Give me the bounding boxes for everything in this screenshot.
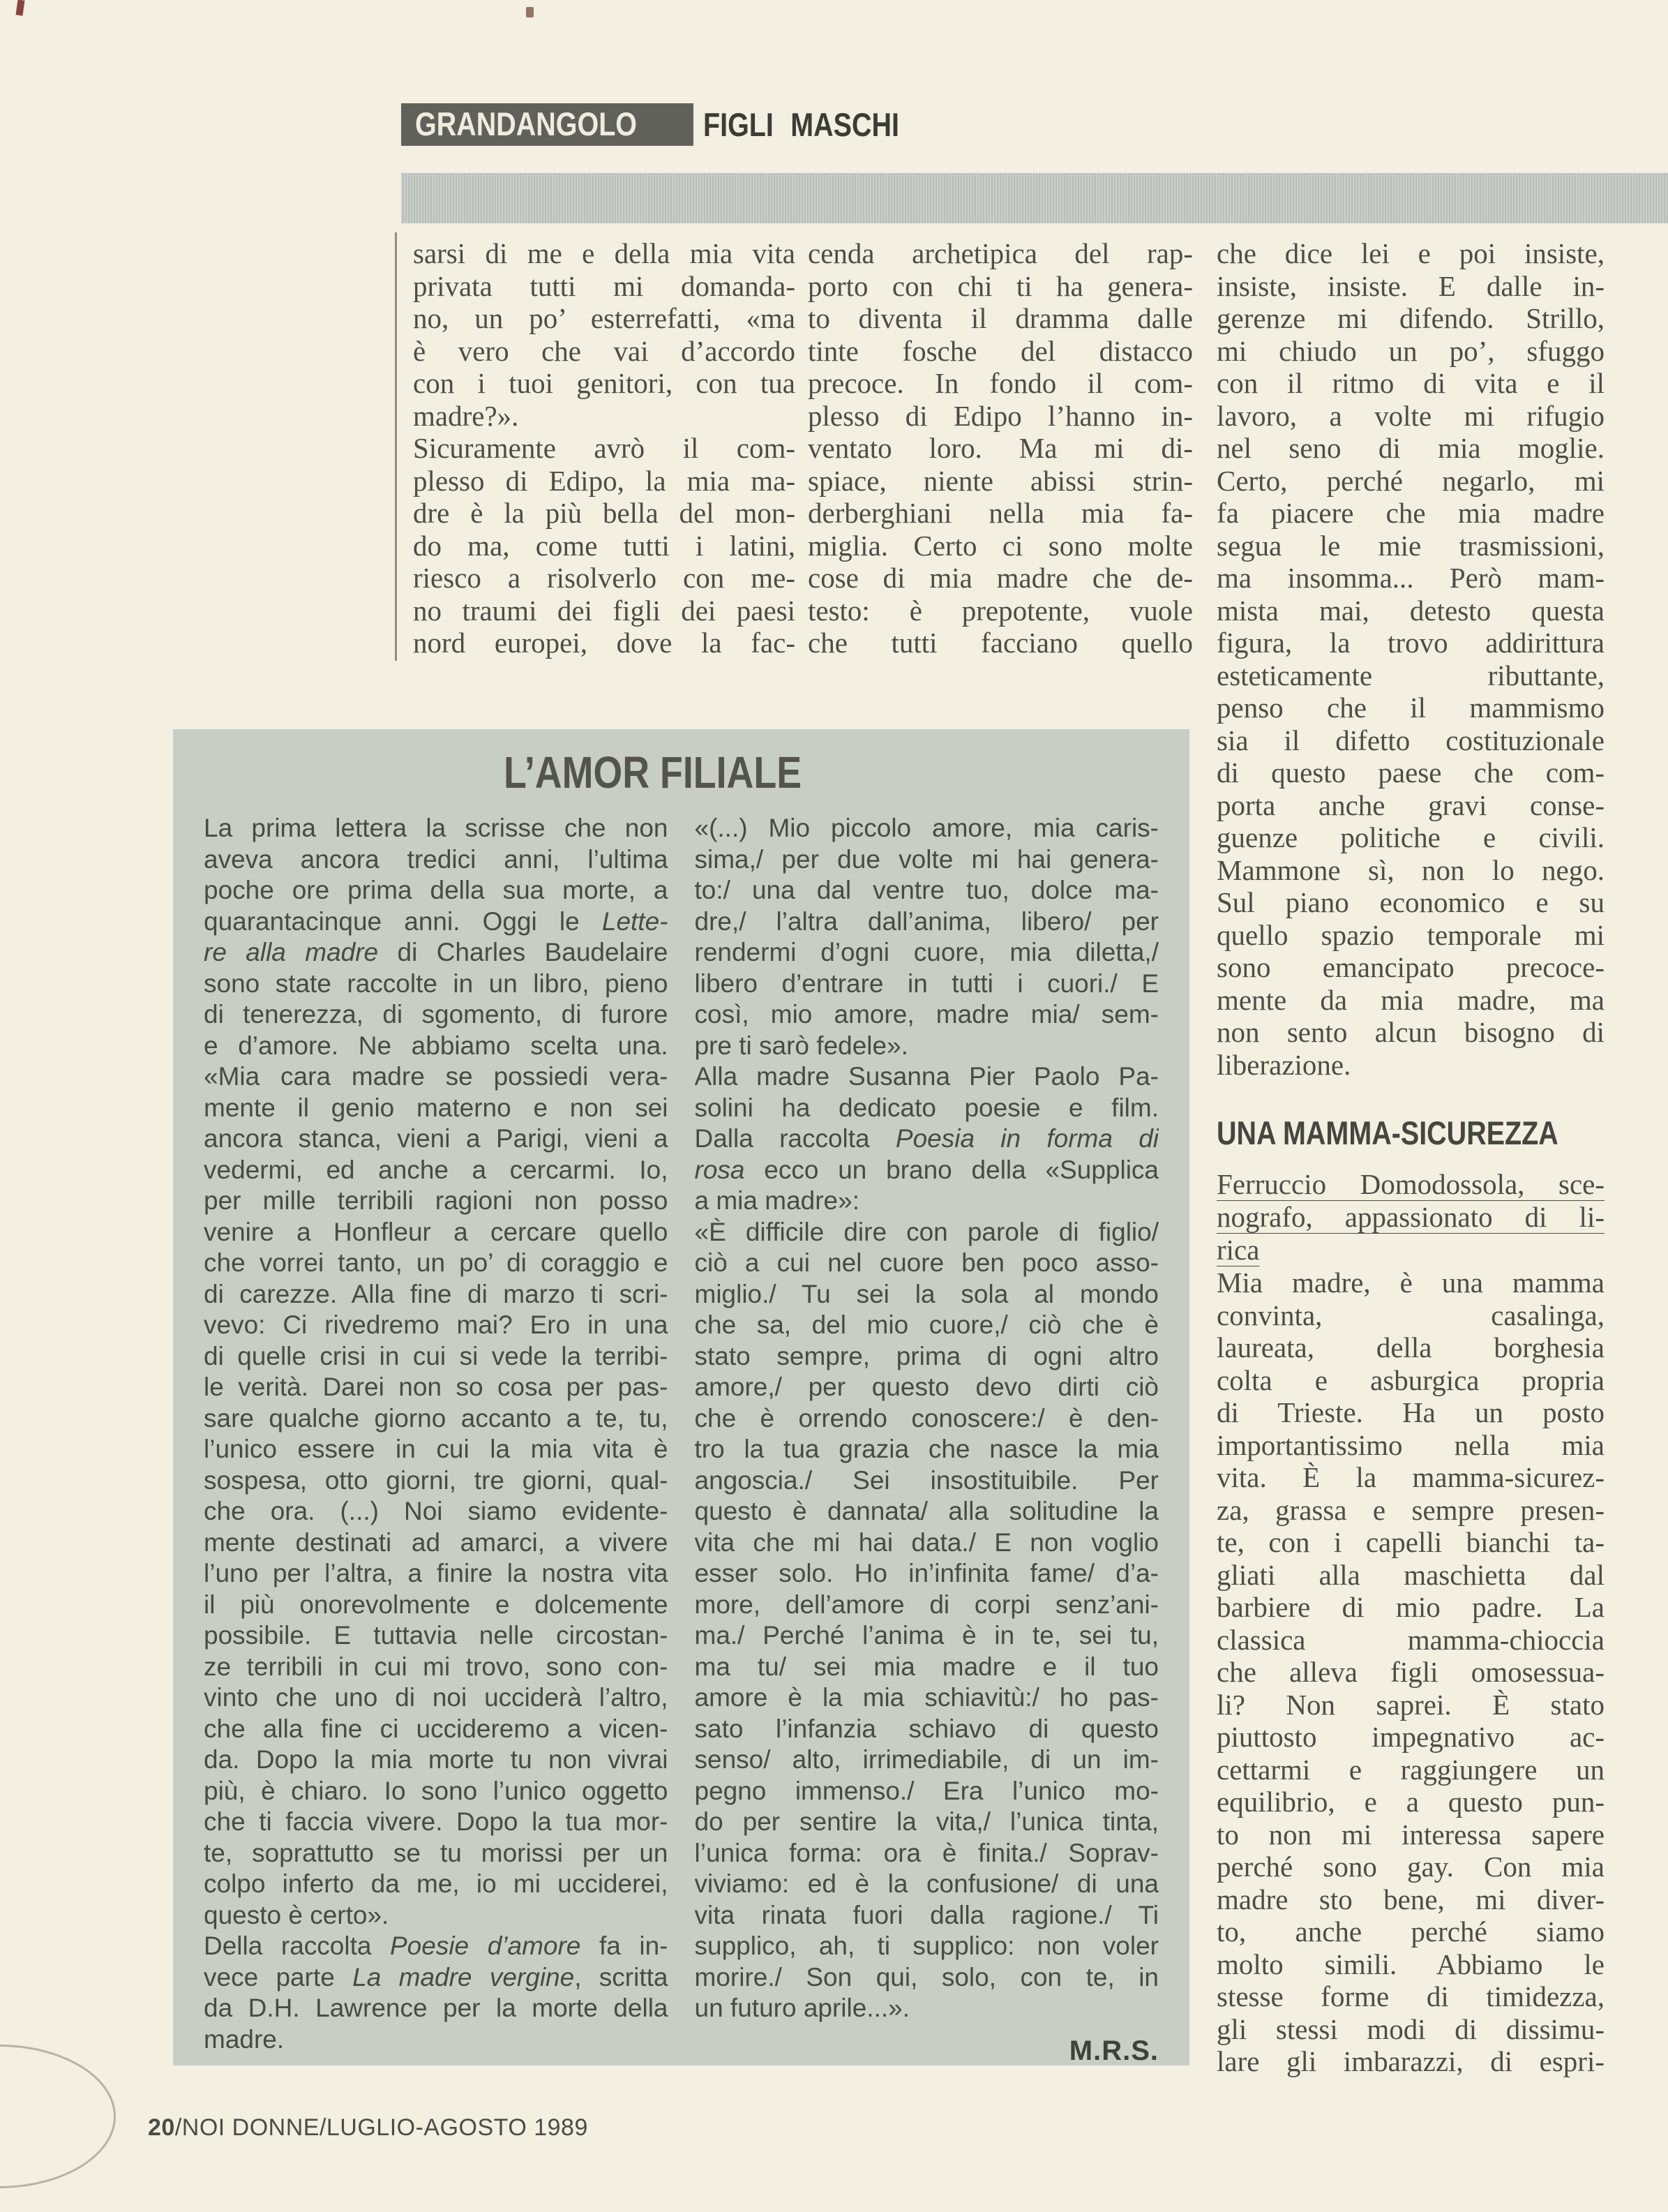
text-line: molto simili. Abbiamo le [1217, 1948, 1605, 1981]
text-line: poche ore prima della sua morte, a [204, 875, 668, 906]
text-line: mente il genio materno e non sei [204, 1093, 668, 1124]
text-line: amore è la mia schiavitù:/ ho pas- [695, 1682, 1159, 1714]
text-line: ma insomma... Però mam- [1217, 562, 1605, 595]
text-line: nord europei, dove la fac- [413, 627, 795, 659]
text-line: ze terribili in cui mi trovo, sono con- [204, 1652, 668, 1683]
text-line: nografo, appassionato di li- [1217, 1201, 1605, 1234]
text-line: do ma, come tutti i latini, [413, 530, 795, 562]
text-line: più, è chiaro. Io sono l’unico oggetto [204, 1776, 668, 1807]
text-line: non sento alcun bisogno di [1217, 1016, 1605, 1049]
text-line: a mia madre»: [695, 1186, 1159, 1217]
text-line: miglia. Certo ci sono molte [808, 530, 1193, 562]
text-line: sima,/ per due volte mi hai genera- [695, 844, 1159, 876]
text-line: spiace, niente abissi strin- [808, 465, 1193, 498]
byline: Ferruccio Domodossola, sce-nografo, appa… [1217, 1168, 1605, 1266]
text-line: vita rinata fuori dalla ragione./ Ti [695, 1900, 1159, 1931]
text-line: venire a Honfleur a cercare quello [204, 1217, 668, 1248]
text-line: barbiere di mio padre. La [1217, 1591, 1605, 1624]
text-line: l’unico essere in cui la mia vita è [204, 1434, 668, 1465]
text-line: te, soprattutto se tu morissi per un [204, 1838, 668, 1869]
feature-box-column-right: «(...) Mio piccolo amore, mia caris-sima… [695, 813, 1159, 2066]
text-line: Sul piano economico e su [1217, 886, 1605, 919]
text-line: colta e asburgica propria [1217, 1364, 1605, 1397]
text-line: Della raccolta Poesie d’amore fa in- [204, 1931, 668, 1962]
text-line: di Trieste. Ha un posto [1217, 1396, 1605, 1429]
text-line: re alla madre di Charles Baudelaire [204, 937, 668, 969]
text-line: questo è dannata/ alla solitudine la [695, 1496, 1159, 1527]
text-line: morire./ Son qui, solo, con te, in [695, 1962, 1159, 1994]
scan-artifact-speck [526, 7, 534, 17]
text-line: sia il difetto costituzionale [1217, 724, 1605, 757]
text-line: e d’amore. Ne abbiamo scelta una. [204, 1031, 668, 1062]
text-line: te, con i capelli bianchi ta- [1217, 1526, 1605, 1559]
text-line: con i tuoi genitori, con tua [413, 367, 795, 400]
text-line: aveva ancora tredici anni, l’ultima [204, 844, 668, 876]
text-line: derberghiani nella mia fa- [808, 497, 1193, 530]
text-line: madre sto bene, mi diver- [1217, 1883, 1605, 1916]
text-line: mista mai, detesto questa [1217, 595, 1605, 627]
text-line: classica mamma-chioccia [1217, 1624, 1605, 1657]
text-line: con il ritmo di vita e il [1217, 367, 1605, 400]
text-line: vece parte La madre vergine, scritta [204, 1962, 668, 1994]
text-line: ciò a cui nel cuore ben poco asso- [695, 1248, 1159, 1279]
text-line: plesso di Edipo l’hanno in- [808, 400, 1193, 433]
text-line: equilibrio, e a questo pun- [1217, 1786, 1605, 1818]
text-line: madre?». [413, 400, 795, 433]
text-line: rica [1217, 1234, 1605, 1266]
text-line: perché sono gay. Con mia [1217, 1851, 1605, 1883]
text-line: ma tu/ sei mia madre e il tuo [695, 1652, 1159, 1683]
text-line: dre è la più bella del mon- [413, 497, 795, 530]
feature-box-column-right-text: «(...) Mio piccolo amore, mia caris-sima… [695, 813, 1159, 2024]
text-line: Certo, perché negarlo, mi [1217, 465, 1605, 498]
text-line: to:/ una dal ventre tuo, dolce ma- [695, 875, 1159, 906]
text-line: sato l’infanzia schiavo di questo [695, 1714, 1159, 1745]
text-line: Sicuramente avrò il com- [413, 432, 795, 465]
text-line: tinte fosche del distacco [808, 335, 1193, 368]
text-line: insiste, insiste. E dalle in- [1217, 270, 1605, 303]
text-line: il più onorevolmente e dolcemente [204, 1590, 668, 1621]
text-line: gliati alla maschietta dal [1217, 1559, 1605, 1592]
text-line: riesco a risolverlo con me- [413, 562, 795, 595]
text-line: gli stessi modi di dissimu- [1217, 2013, 1605, 2046]
text-line: porto con chi ti ha genera- [808, 270, 1193, 303]
text-line: che ti faccia vivere. Dopo la tua mor- [204, 1807, 668, 1838]
text-line: more, dell’amore di corpi senz’ani- [695, 1590, 1159, 1621]
footer-publication: /NOI DONNE/LUGLIO-AGOSTO 1989 [175, 2114, 588, 2141]
text-line: mi chiudo un po’, sfuggo [1217, 335, 1605, 368]
text-line: quello spazio temporale mi [1217, 919, 1605, 952]
text-line: di questo paese che com- [1217, 756, 1605, 789]
text-line: testo: è prepotente, vuole [808, 595, 1193, 627]
text-line: lare gli imbarazzi, di espri- [1217, 2045, 1605, 2078]
text-line: Ferruccio Domodossola, sce- [1217, 1168, 1605, 1201]
text-line: tro la tua grazia che nasce la mia [695, 1434, 1159, 1465]
text-line: Mammone sì, non lo nego. [1217, 854, 1605, 887]
text-line: guenze politiche e civili. [1217, 821, 1605, 854]
text-line: piuttosto impegnativo ac- [1217, 1721, 1605, 1754]
text-line: Mia madre, è una mamma [1217, 1266, 1605, 1299]
author-initials: M.R.S. [695, 2035, 1159, 2067]
text-line: za, grassa e sempre presen- [1217, 1494, 1605, 1527]
text-line: La prima lettera la scrisse che non [204, 813, 668, 844]
article-column-3-part1: che dice lei e poi insiste,insiste, insi… [1217, 237, 1605, 1081]
text-line: laureata, della borghesia [1217, 1331, 1605, 1364]
page-footer: 20/NOI DONNE/LUGLIO-AGOSTO 1989 [148, 2114, 588, 2142]
text-line: vevo: Ci rivedremo mai? Ero in una [204, 1310, 668, 1341]
text-line: che sa, del mio cuore,/ ciò che è [695, 1310, 1159, 1341]
section-title: FIGLI MASCHI [703, 108, 937, 141]
page-header: GRANDANGOLO FIGLI MASCHI [401, 103, 936, 146]
text-line: mente da mia madre, ma [1217, 984, 1605, 1017]
header-rule-bar [401, 173, 1668, 223]
text-line: porta anche gravi conse- [1217, 789, 1605, 822]
text-line: che alla fine ci uccideremo a vicen- [204, 1714, 668, 1745]
text-line: libero d’entrare in tutti i cuori./ E [695, 969, 1159, 1000]
text-line: sarsi di me e della mia vita [413, 237, 795, 270]
text-line: l’uno per l’altra, a finire la nostra vi… [204, 1558, 668, 1590]
text-line: amore,/ per questo devo dirti ciò [695, 1372, 1159, 1403]
text-line: «(...) Mio piccolo amore, mia caris- [695, 813, 1159, 844]
text-line: Alla madre Susanna Pier Paolo Pa- [695, 1061, 1159, 1093]
text-line: rendermi d’ogni cuore, mia diletta,/ [695, 937, 1159, 969]
section-heading: UNA MAMMA-SICUREZZA [1217, 1116, 1605, 1150]
article-column-2: cenda archetipica del rap-porto con chi … [808, 237, 1193, 659]
text-line: importantissimo nella mia [1217, 1429, 1605, 1462]
text-line: che ora. (...) Noi siamo evidente- [204, 1496, 668, 1527]
text-line: ma./ Perché l’anima è in te, sei tu, [695, 1620, 1159, 1652]
text-line: precoce. In fondo il com- [808, 367, 1193, 400]
text-line: che è orrendo conoscere:/ è den- [695, 1403, 1159, 1435]
text-line: convinta, casalinga, [1217, 1299, 1605, 1332]
text-line: sospesa, otto giorni, tre giorni, qual- [204, 1465, 668, 1497]
text-line: mente destinati ad amarci, a vivere [204, 1527, 668, 1559]
column-rule [395, 232, 397, 661]
text-line: no, un po’ esterrefatti, «ma [413, 302, 795, 335]
text-line: l’unica forma: ora è finita./ Soprav- [695, 1838, 1159, 1869]
feature-box: L’AMOR FILIALE La prima lettera la scris… [173, 729, 1189, 2065]
text-line: da D.H. Lawrence per la morte della [204, 1993, 668, 2024]
text-line: vita che mi hai data./ E non voglio [695, 1527, 1159, 1559]
text-line: to non mi interessa sapere [1217, 1818, 1605, 1851]
text-line: esteticamente ributtante, [1217, 659, 1605, 692]
text-line: «Mia cara madre se possiedi vera- [204, 1061, 668, 1093]
text-line: vinto che uno di noi ucciderà l’altro, [204, 1682, 668, 1714]
text-line: vita. È la mamma-sicurez- [1217, 1461, 1605, 1494]
text-line: ventato loro. Ma mi di- [808, 432, 1193, 465]
text-line: no traumi dei figli dei paesi [413, 595, 795, 627]
text-line: angoscia./ Sei insostituibile. Per [695, 1465, 1159, 1497]
text-line: che vorrei tanto, un po’ di coraggio e [204, 1248, 668, 1279]
text-line: è vero che vai d’accordo [413, 335, 795, 368]
text-line: colpo inferto da me, io mi ucciderei, [204, 1869, 668, 1900]
magazine-page: GRANDANGOLO FIGLI MASCHI sarsi di me e d… [0, 0, 1668, 2212]
text-line: ancora stanca, vieni a Parigi, vieni a [204, 1123, 668, 1155]
feature-box-columns: La prima lettera la scrisse che nonaveva… [204, 813, 1159, 2066]
text-line: di tenerezza, di sgomento, di furore [204, 999, 668, 1031]
text-line: questo è certo». [204, 1900, 668, 1931]
feature-box-column-left: La prima lettera la scrisse che nonaveva… [204, 813, 668, 2066]
article-column-1: sarsi di me e della mia vitaprivata tutt… [413, 237, 795, 659]
scan-artifact-arc [0, 2045, 116, 2188]
text-line: stesse forme di timidezza, [1217, 1980, 1605, 2013]
text-line: cettarmi e raggiungere un [1217, 1754, 1605, 1786]
text-line: di carezze. Alla fine di marzo ti scri- [204, 1279, 668, 1310]
text-line: da. Dopo la mia morte tu non vivrai [204, 1744, 668, 1776]
text-line: madre. [204, 2024, 668, 2056]
text-line: miglio./ Tu sei la sola al mondo [695, 1279, 1159, 1310]
text-line: rosa ecco un brano della «Supplica [695, 1155, 1159, 1186]
text-line: pegno immenso./ Era l’unico mo- [695, 1776, 1159, 1807]
text-line: supplico, ah, ti supplico: non voler [695, 1931, 1159, 1962]
text-line: Dalla raccolta Poesia in forma di [695, 1123, 1159, 1155]
text-line: pre ti sarò fedele». [695, 1031, 1159, 1062]
text-line: to, anche perché siamo [1217, 1915, 1605, 1948]
scan-artifact-speck [16, 0, 25, 16]
text-line: li? Non saprei. È stato [1217, 1689, 1605, 1721]
text-line: liberazione. [1217, 1049, 1605, 1082]
text-line: un futuro aprile...». [695, 1993, 1159, 2024]
article-column-3-part2: Mia madre, è una mammaconvinta, casaling… [1217, 1266, 1605, 2078]
text-line: figura, la trovo addirittura [1217, 627, 1605, 659]
text-line: stato sempre, prima di ogni altro [695, 1341, 1159, 1373]
text-line: to diventa il dramma dalle [808, 302, 1193, 335]
text-line: cose di mia madre che de- [808, 562, 1193, 595]
text-line: quarantacinque anni. Oggi le Lette- [204, 906, 668, 938]
text-line: privata tutti mi domanda- [413, 270, 795, 303]
footer-page-number: 20 [148, 2114, 175, 2141]
text-line: fa piacere che mia madre [1217, 497, 1605, 530]
text-line: viviamo: ed è la confusione/ di una [695, 1869, 1159, 1900]
text-line: possibile. E tuttavia nelle circostan- [204, 1620, 668, 1652]
text-line: le verità. Darei non so cosa per pas- [204, 1372, 668, 1403]
text-line: senso/ alto, irrimediabile, di un im- [695, 1744, 1159, 1776]
text-line: sono emancipato precoce- [1217, 951, 1605, 984]
text-line: così, mio amore, madre mia/ sem- [695, 999, 1159, 1031]
text-line: esser solo. Ho in’infinita fame/ d’a- [695, 1558, 1159, 1590]
text-line: nel seno di mia moglie. [1217, 432, 1605, 465]
text-line: che alleva figli omosessua- [1217, 1656, 1605, 1689]
kicker-label: GRANDANGOLO [415, 107, 637, 140]
text-line: cenda archetipica del rap- [808, 237, 1193, 270]
text-line: sono state raccolte in un libro, pieno [204, 969, 668, 1000]
feature-box-title: L’AMOR FILIALE [204, 746, 1159, 813]
text-line: di quelle crisi in cui si vede la terrib… [204, 1341, 668, 1373]
text-line: penso che il mammismo [1217, 692, 1605, 724]
text-line: gerenze mi difendo. Strillo, [1217, 302, 1605, 335]
text-line: «È difficile dire con parole di figlio/ [695, 1217, 1159, 1248]
kicker-box: GRANDANGOLO [401, 103, 693, 146]
article-column-3: che dice lei e poi insiste,insiste, insi… [1217, 237, 1605, 2078]
text-line: solini ha dedicato poesie e film. [695, 1093, 1159, 1124]
text-line: vedermi, ed anche a cercarmi. Io, [204, 1155, 668, 1186]
text-line: per mille terribili ragioni non posso [204, 1186, 668, 1217]
text-line: che tutti facciano quello [808, 627, 1193, 659]
text-line: plesso di Edipo, la mia ma- [413, 465, 795, 498]
text-line: lavoro, a volte mi rifugio [1217, 400, 1605, 433]
text-line: dre,/ l’altra dall’anima, libero/ per [695, 906, 1159, 938]
text-line: sare qualche giorno accanto a te, tu, [204, 1403, 668, 1435]
text-line: do per sentire la vita,/ l’unica tinta, [695, 1807, 1159, 1838]
text-line: che dice lei e poi insiste, [1217, 237, 1605, 270]
text-line: segua le mie trasmissioni, [1217, 530, 1605, 562]
